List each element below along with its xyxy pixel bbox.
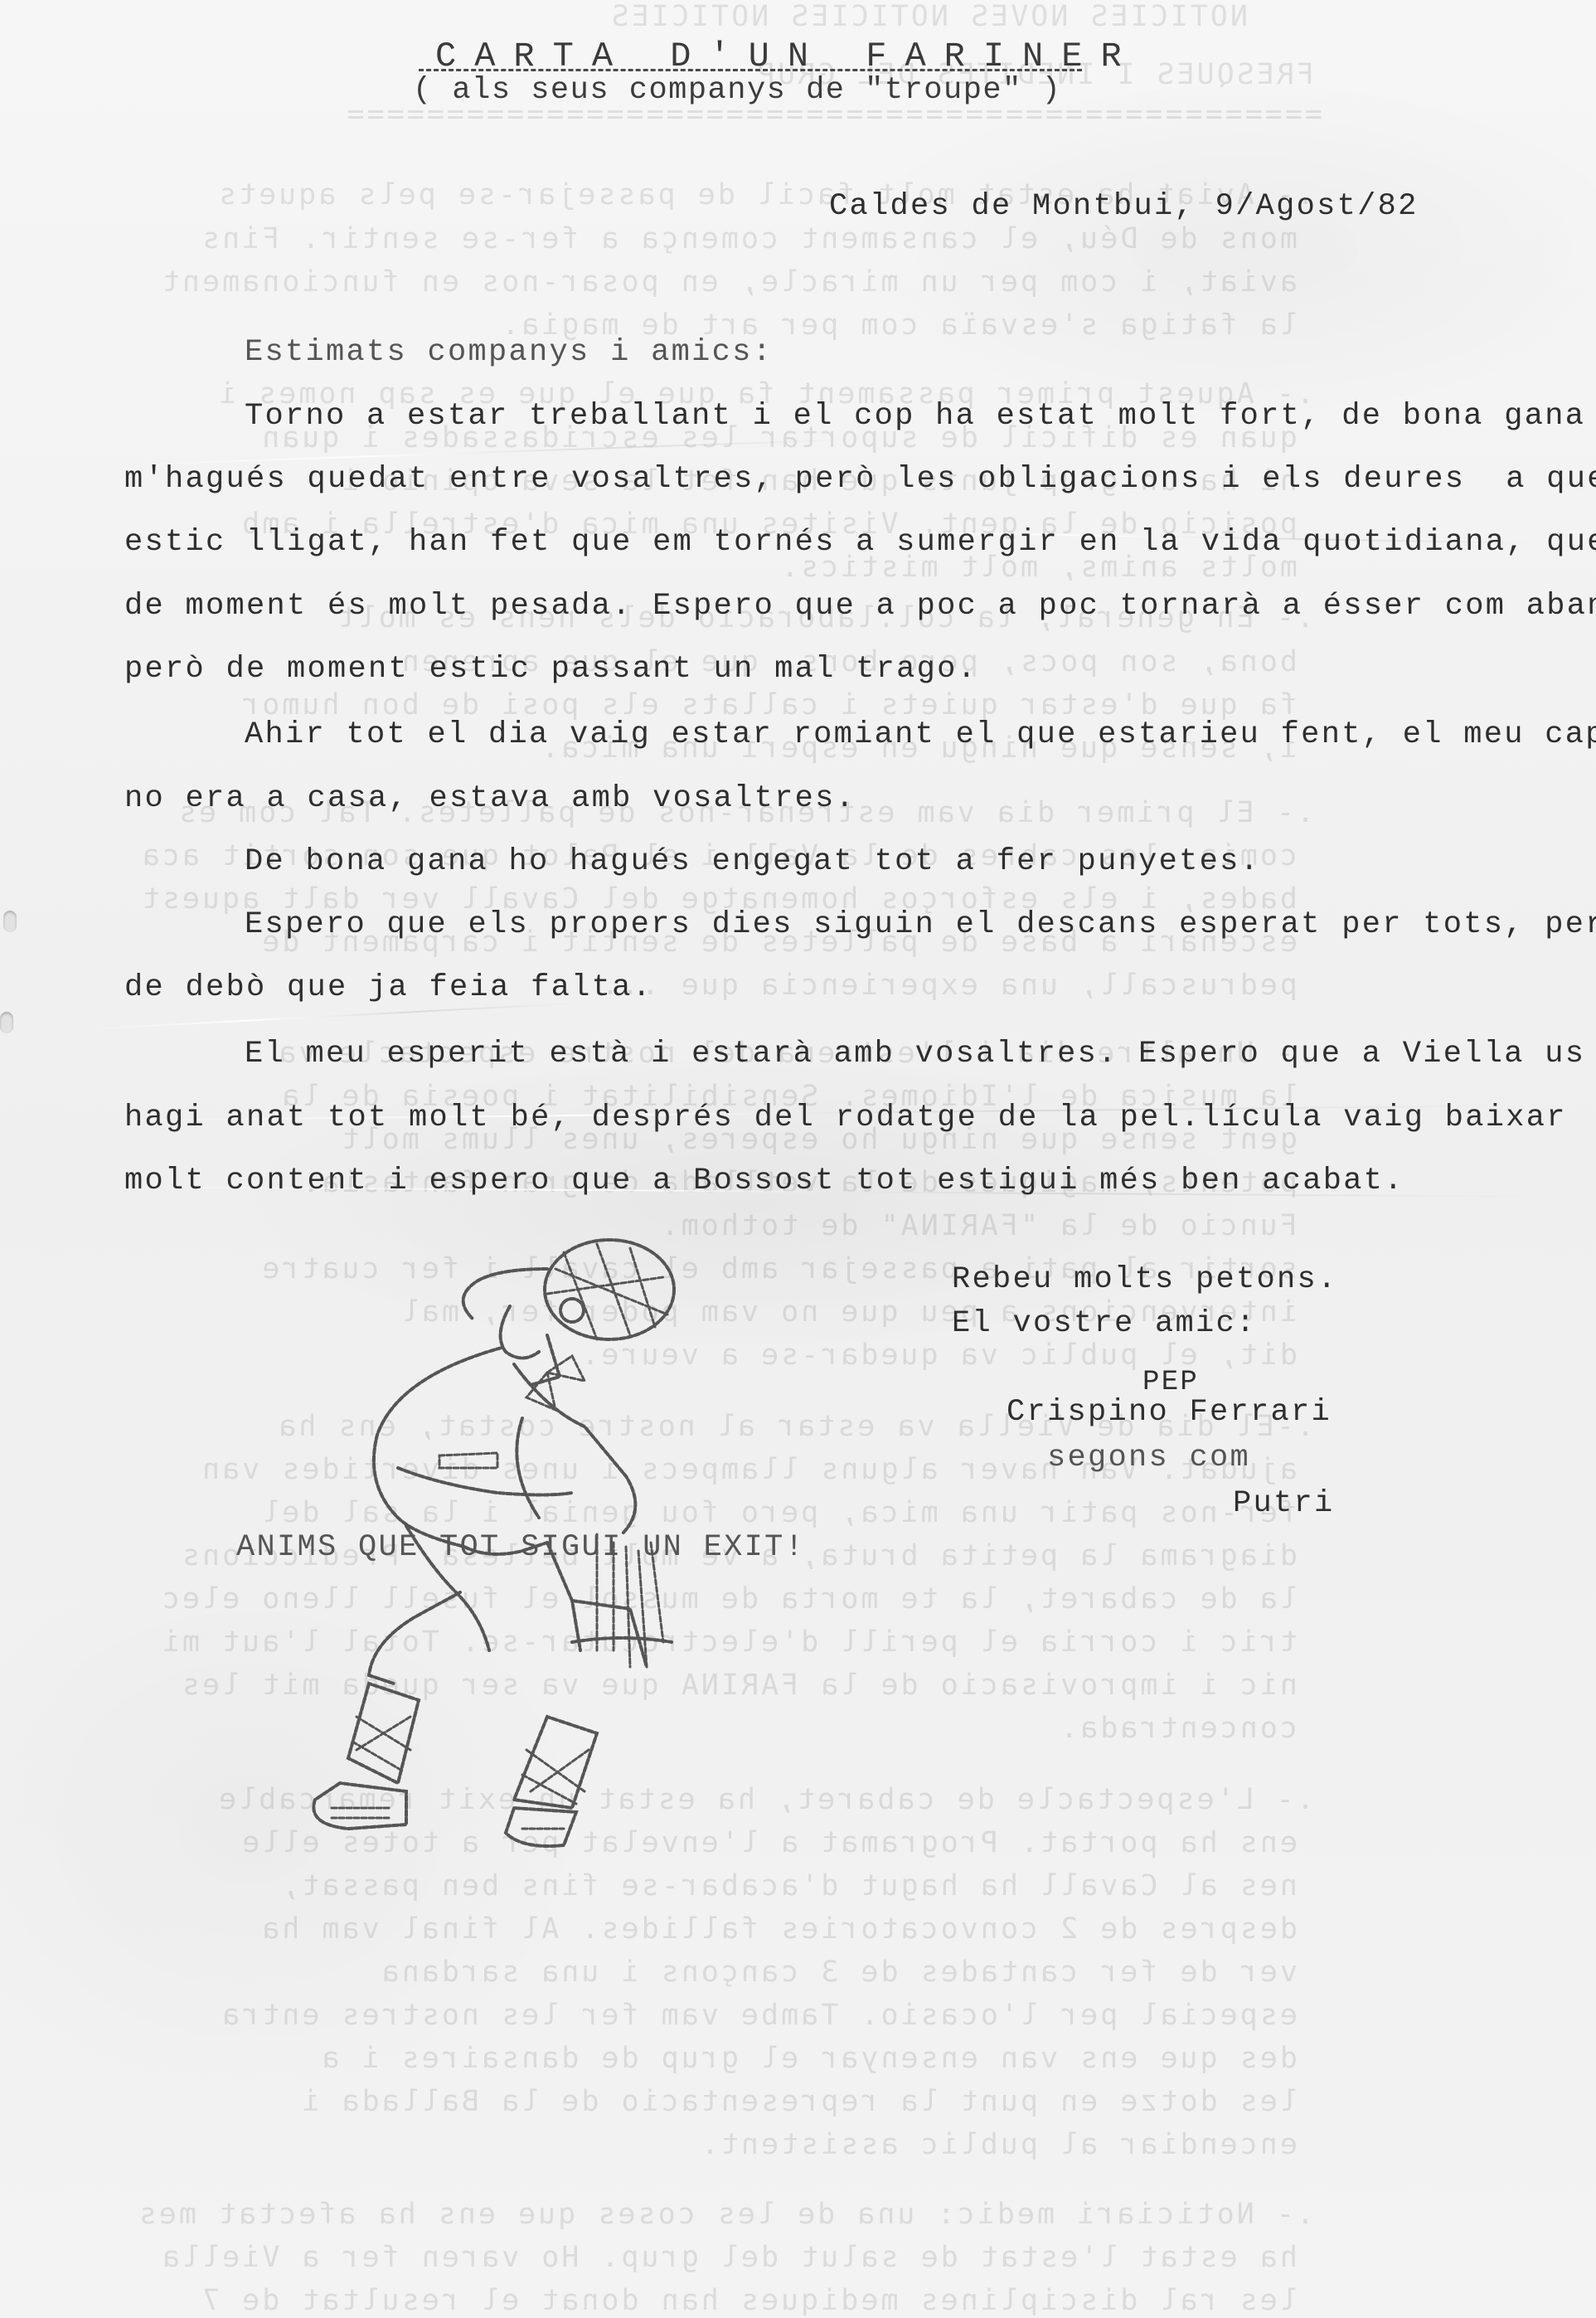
punch-hole	[0, 1012, 13, 1033]
body-line: no era a casa, estava amb vosaltres.	[124, 781, 856, 816]
title-underline	[419, 69, 1082, 71]
body-line: de debò que ja feia falta.	[124, 970, 652, 1005]
closing-line: El vostre amic:	[952, 1306, 1257, 1341]
punch-hole	[3, 911, 17, 932]
body-line: Torno a estar treballant i el cop ha est…	[245, 399, 1585, 434]
body-line: Espero que els propers dies siguin el de…	[245, 907, 1596, 942]
signature-line: Putri	[1233, 1486, 1335, 1521]
sketch-figure-illustration	[298, 1219, 813, 2156]
signature-nickname: PEP	[1142, 1367, 1199, 1398]
body-line: El meu esperit està i estarà amb vosaltr…	[245, 1037, 1585, 1072]
body-line: molt content i espero que a Bossost tot …	[124, 1164, 1404, 1198]
place-date: Caldes de Montbui, 9/Agost/82	[829, 189, 1419, 224]
body-line: Ahir tot el dia vaig estar romiant el qu…	[245, 717, 1596, 752]
body-line: estic lligat, han fet que em tornés a su…	[124, 525, 1596, 560]
signature-line: segons com	[1047, 1441, 1250, 1475]
body-line: de moment és molt pesada. Espero que a p…	[124, 589, 1596, 624]
hairnet-icon	[463, 1240, 674, 1339]
letter-subtitle: ( als seus companys de "troupe" )	[413, 73, 1061, 108]
closing-line: Rebeu molts petons.	[952, 1262, 1338, 1297]
salutation: Estimats companys i amics:	[245, 335, 773, 370]
body-line: hagi anat tot molt bé, després del rodat…	[124, 1101, 1567, 1135]
body-line: De bona gana ho hagués engegat tot a fer…	[245, 844, 1260, 879]
body-line: m'hagués quedat entre vosaltres, però le…	[124, 462, 1596, 497]
body-line: però de moment estic passant un mal trag…	[124, 652, 977, 687]
signature-name: Crispino Ferrari	[1007, 1395, 1332, 1430]
